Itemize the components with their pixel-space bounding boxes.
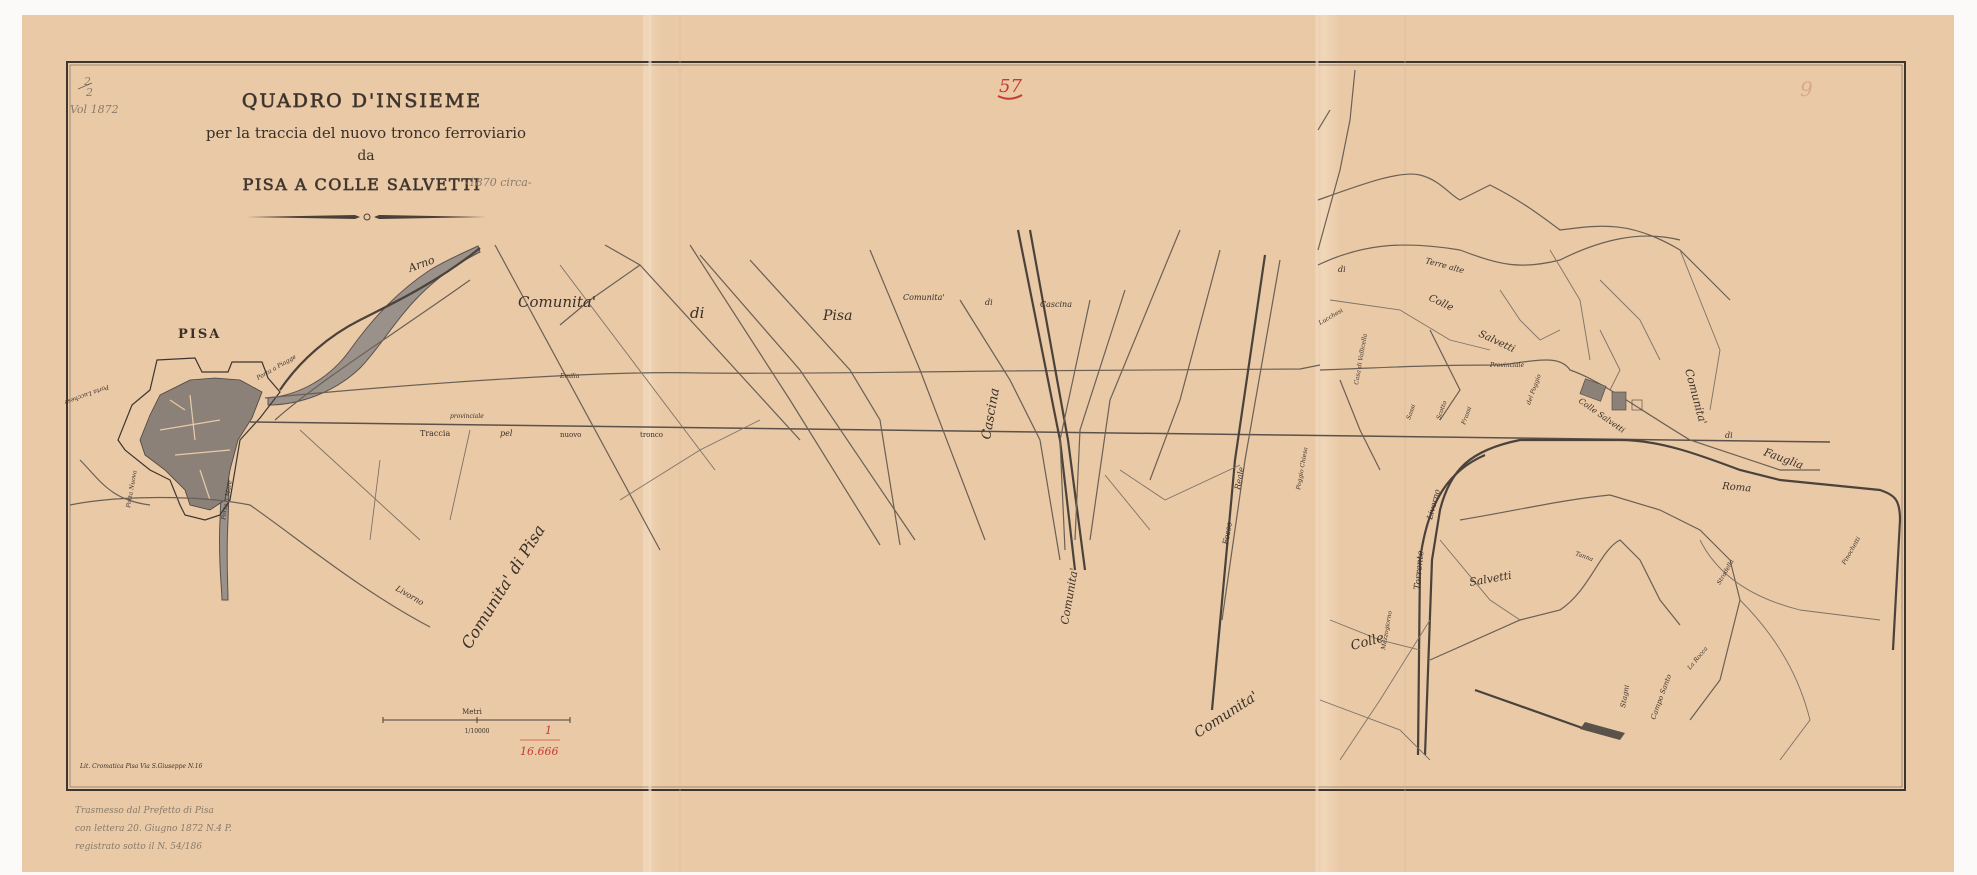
label-emilia: Emilia [559,373,580,380]
label-casa-vallicella: Casa di Vallicella [1353,333,1369,386]
svg-text:con lettera 20. Giugno 1872 N.: con lettera 20. Giugno 1872 N.4 P. [75,824,232,834]
label-lucchesi: Lucchesi [1317,307,1345,327]
archival-note: Trasmesso dal Prefetto di Pisa con lette… [75,806,232,852]
scale-bar: Metri 1/10000 1 16.666 [383,708,570,758]
title-block: QUADRO D'INSIEME per la traccia del nuov… [206,90,532,220]
label-pel: pel [500,429,513,438]
svg-text:registrato sotto il N. 54/186: registrato sotto il N. 54/186 [75,842,202,852]
label-salvetti-rio: Salvetti [1468,569,1512,589]
svg-text:2: 2 [85,86,93,99]
label-cascina: Cascina [979,387,1003,441]
label-pinochetti: Pinochetti [1840,536,1862,567]
label-comunita-2: Comunita' [903,293,945,302]
label-mezzogiorno: Mezzogiorno [1380,610,1394,651]
label-stagni: Stagni [1619,684,1631,708]
label-roma: Roma [1721,481,1752,495]
label-tronco: tronco [640,431,663,439]
label-fosso: Fosso [1221,521,1234,546]
label-poggio-chiesa: Poggio Chiesa [1295,446,1310,491]
label-la-rocca: La Rocca [1686,645,1710,672]
existing-railway-livorno-roma [1425,440,1900,755]
label-fauglia: Fauglia [1761,445,1805,472]
label-provinciale: provinciale [450,413,484,420]
svg-text:57: 57 [999,76,1022,97]
label-terre-alte: Terre alte [1424,256,1465,275]
map-connector: da [357,148,374,164]
label-di-1: di [690,304,705,322]
map-title: QUADRO D'INSIEME [242,90,482,112]
scale-handwritten-numerator: 1 [545,724,552,737]
label-livorno-left: Livorno [393,583,425,607]
label-frassi: Frassi [1460,406,1473,427]
sheet-marks: 2 2 Vol 1872 [70,75,119,116]
label-di-2: di [985,298,993,307]
label-via-provinciale: Provinciale [1489,362,1524,369]
scale-unit-label: Metri [462,708,482,716]
label-colle-upper: Colle [1427,293,1455,314]
volume-mark: Vol 1872 [70,103,119,116]
label-torrente: Torrente [1413,550,1426,590]
label-campo-santo: Campo Santo [1649,673,1673,720]
label-del-poggio: del Poggio [1525,373,1543,406]
catalog-number: 57 [998,76,1022,99]
label-porta-piagge: Porta a Piagge [255,353,298,382]
scale-ratio-label: 1/10000 [465,728,490,735]
faint-sheet-number: 9 [1800,77,1813,101]
date-note: -1870 circa- [465,176,532,189]
map-route: PISA A COLLE SALVETTI [243,175,482,194]
city-pisa: PISA Porta a Piagge Porta Lucchese Porta… [63,327,298,521]
label-sassi: Sassi [1405,403,1417,420]
label-di-3: di [1338,265,1346,274]
label-cascina-small: Cascina [1040,300,1072,309]
label-pisa-comune: Pisa [822,308,852,324]
label-pisa-city: PISA [178,327,221,342]
label-salvetti-upper: Salvetti [1477,329,1517,355]
label-nuovo: nuovo [560,431,581,439]
label-tanna: Tanna [1574,550,1594,563]
map-subtitle: per la traccia del nuovo tronco ferrovia… [206,124,526,142]
svg-text:Trasmesso dal Prefetto di Pisa: Trasmesso dal Prefetto di Pisa [75,806,214,816]
title-ornament [246,215,486,219]
historical-railway-map: QUADRO D'INSIEME per la traccia del nuov… [0,0,1977,875]
lithographer-credit: Lit. Cromatica Pisa Via S.Giuseppe N.16 [79,763,203,770]
label-comunita-1: Comunita' [518,293,596,311]
scale-handwritten-denominator: 16.666 [520,745,559,758]
label-comunita-4: Comunita' [1191,688,1261,741]
label-traccia: Traccia [420,429,450,438]
label-di-fauglia: di [1725,431,1733,440]
label-comunita-di-pisa: Comunita' di Pisa [457,521,549,652]
label-porta-nuova: Porta Nuova [125,469,139,509]
hills-road-network [1318,70,1820,470]
label-comunita-3: Comunita' [1058,567,1081,626]
label-comunita-fauglia: Comunita' [1682,367,1709,426]
plain-road-network [300,230,1280,710]
